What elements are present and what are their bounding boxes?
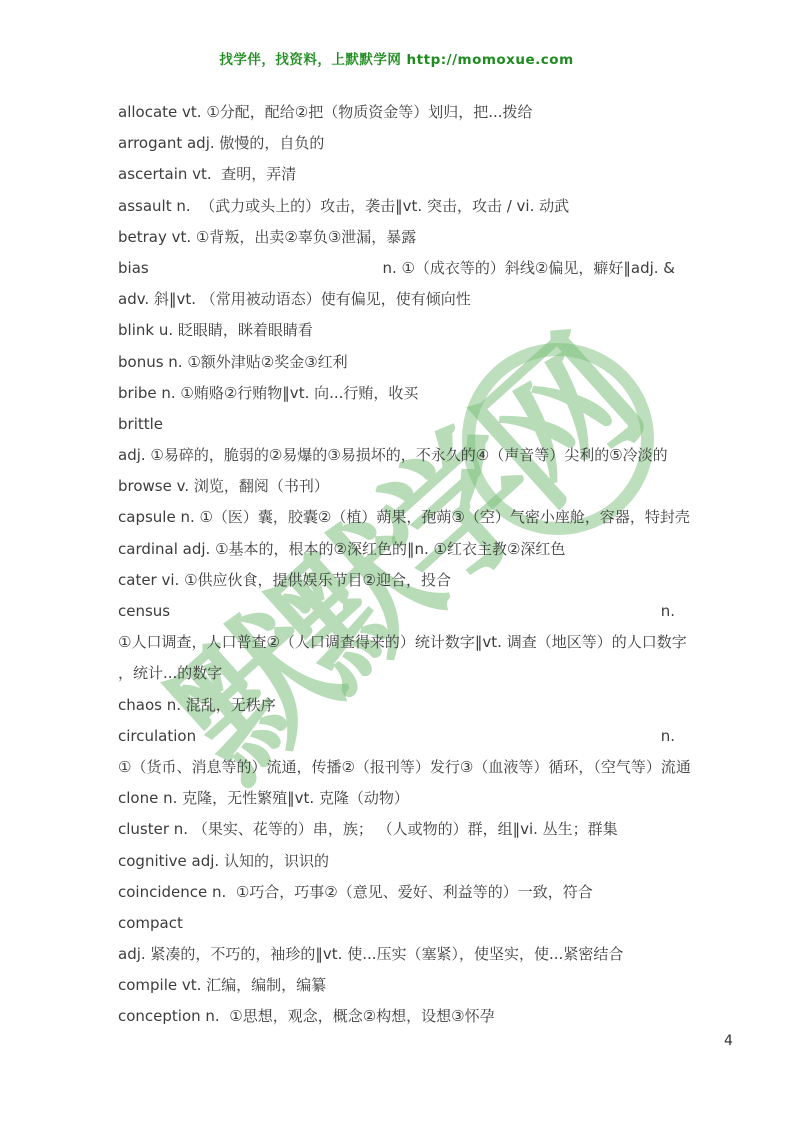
- vocab-line: ①（货币、消息等的）流通，传播②（报刊等）发行③（血液等）循环，（空气等）流通: [118, 752, 675, 783]
- vocab-line: browse v. 浏览，翻阅（书刊）: [118, 471, 675, 502]
- document-page: 默默学网 找学伴，找资料，上默默学网 http://momoxue.com al…: [0, 0, 793, 1122]
- vocab-entry-text: cluster n. （果实、花等的）串，族； （人或物的）群，组‖vi. 丛生…: [118, 820, 618, 838]
- vocab-entry-text: bonus n. ①额外津贴②奖金③红利: [118, 353, 348, 371]
- vocab-list: allocate vt. ①分配，配给②把（物质资金等）划归，把...拨给arr…: [118, 97, 675, 1033]
- vocab-line: capsule n. ①（医）囊，胶囊②（植）蒴果，孢蒴③（空）气密小座舱，容器…: [118, 502, 675, 533]
- vocab-definition: n.: [661, 721, 675, 752]
- vocab-entry-text: cater vi. ①供应伙食，提供娱乐节目②迎合，投合: [118, 571, 451, 589]
- vocab-word: circulation: [118, 721, 196, 752]
- vocab-line: brittle: [118, 409, 675, 440]
- vocab-line: cluster n. （果实、花等的）串，族； （人或物的）群，组‖vi. 丛生…: [118, 814, 675, 845]
- vocab-line: circulationn.: [118, 721, 675, 752]
- vocab-entry-text: compact: [118, 914, 183, 932]
- page-header: 找学伴，找资料，上默默学网 http://momoxue.com: [0, 48, 793, 68]
- vocab-entry-text: chaos n. 混乱，无秩序: [118, 696, 276, 714]
- vocab-line: adv. 斜‖vt. （常用被动语态）使有偏见，使有倾向性: [118, 284, 675, 315]
- vocab-entry-text: adv. 斜‖vt. （常用被动语态）使有偏见，使有倾向性: [118, 290, 471, 308]
- vocab-line: blink u. 眨眼睛，眯着眼睛看: [118, 315, 675, 346]
- vocab-line: bribe n. ①贿赂②行贿物‖vt. 向...行贿，收买: [118, 378, 675, 409]
- vocab-line: cardinal adj. ①基本的，根本的②深红色的‖n. ①红衣主教②深红色: [118, 534, 675, 565]
- page-number: 4: [724, 1031, 733, 1051]
- vocab-line: coincidence n. ①巧合，巧事②（意见、爱好、利益等的）一致，符合: [118, 877, 675, 908]
- vocab-line: biasn. ①（成衣等的）斜线②偏见，癖好‖adj. &: [118, 253, 675, 284]
- vocab-entry-text: cognitive adj. 认知的，识识的: [118, 852, 329, 870]
- vocab-line: chaos n. 混乱，无秩序: [118, 690, 675, 721]
- vocab-line: adj. ①易碎的，脆弱的②易爆的③易损坏的，不永久的④（声音等）尖利的⑤冷淡的: [118, 440, 675, 471]
- vocab-line: arrogant adj. 傲慢的，自负的: [118, 128, 675, 159]
- vocab-entry-text: adj. 紧凑的，不巧的，袖珍的‖vt. 使...压实（塞紧），使坚实，使...…: [118, 945, 623, 963]
- vocab-line: compile vt. 汇编，编制，编纂: [118, 970, 675, 1001]
- vocab-line: ascertain vt. 查明，弄清: [118, 159, 675, 190]
- vocab-line: ①人口调查，人口普查②（人口调查得来的）统计数字‖vt. 调查（地区等）的人口数…: [118, 627, 675, 658]
- vocab-entry-text: adj. ①易碎的，脆弱的②易爆的③易损坏的，不永久的④（声音等）尖利的⑤冷淡的: [118, 446, 668, 464]
- vocab-entry-text: ①人口调查，人口普查②（人口调查得来的）统计数字‖vt. 调查（地区等）的人口数…: [118, 633, 687, 651]
- vocab-line: adj. 紧凑的，不巧的，袖珍的‖vt. 使...压实（塞紧），使坚实，使...…: [118, 939, 675, 970]
- vocab-line: compact: [118, 908, 675, 939]
- vocab-entry-text: cardinal adj. ①基本的，根本的②深红色的‖n. ①红衣主教②深红色: [118, 540, 565, 558]
- vocab-entry-text: ascertain vt. 查明，弄清: [118, 165, 296, 183]
- vocab-entry-text: betray vt. ①背叛，出卖②辜负③泄漏，暴露: [118, 228, 416, 246]
- vocab-entry-text: ①（货币、消息等的）流通，传播②（报刊等）发行③（血液等）循环，（空气等）流通: [118, 758, 691, 776]
- vocab-entry-text: assault n. （武力或头上的）攻击，袭击‖vt. 突击，攻击 / vi.…: [118, 197, 569, 215]
- vocab-word: bias: [118, 253, 149, 284]
- vocab-entry-text: bribe n. ①贿赂②行贿物‖vt. 向...行贿，收买: [118, 384, 418, 402]
- vocab-line: cognitive adj. 认知的，识识的: [118, 846, 675, 877]
- vocab-line: ，统计...的数字: [118, 658, 675, 689]
- vocab-line: conception n. ①思想，观念，概念②构想，设想③怀孕: [118, 1001, 675, 1032]
- vocab-line: clone n. 克隆，无性繁殖‖vt. 克隆（动物）: [118, 783, 675, 814]
- vocab-line: cater vi. ①供应伙食，提供娱乐节目②迎合，投合: [118, 565, 675, 596]
- vocab-entry-text: blink u. 眨眼睛，眯着眼睛看: [118, 321, 313, 339]
- header-slogan: 找学伴，找资料，上默默学网 http://momoxue.com: [219, 52, 573, 68]
- vocab-entry-text: capsule n. ①（医）囊，胶囊②（植）蒴果，孢蒴③（空）气密小座舱，容器…: [118, 508, 690, 526]
- vocab-entry-text: arrogant adj. 傲慢的，自负的: [118, 134, 324, 152]
- vocab-entry-text: clone n. 克隆，无性繁殖‖vt. 克隆（动物）: [118, 789, 409, 807]
- vocab-entry-text: browse v. 浏览，翻阅（书刊）: [118, 477, 329, 495]
- vocab-entry-text: brittle: [118, 415, 163, 433]
- vocab-entry-text: allocate vt. ①分配，配给②把（物质资金等）划归，把...拨给: [118, 103, 533, 121]
- vocab-entry-text: ，统计...的数字: [118, 664, 222, 682]
- vocab-line: allocate vt. ①分配，配给②把（物质资金等）划归，把...拨给: [118, 97, 675, 128]
- vocab-line: bonus n. ①额外津贴②奖金③红利: [118, 347, 675, 378]
- vocab-line: assault n. （武力或头上的）攻击，袭击‖vt. 突击，攻击 / vi.…: [118, 191, 675, 222]
- vocab-entry-text: coincidence n. ①巧合，巧事②（意见、爱好、利益等的）一致，符合: [118, 883, 593, 901]
- vocab-entry-text: conception n. ①思想，观念，概念②构想，设想③怀孕: [118, 1007, 495, 1025]
- vocab-definition: n. ①（成衣等的）斜线②偏见，癖好‖adj. &: [382, 253, 675, 284]
- vocab-word: census: [118, 596, 170, 627]
- vocab-entry-text: compile vt. 汇编，编制，编纂: [118, 976, 326, 994]
- vocab-definition: n.: [661, 596, 675, 627]
- vocab-line: censusn.: [118, 596, 675, 627]
- vocab-line: betray vt. ①背叛，出卖②辜负③泄漏，暴露: [118, 222, 675, 253]
